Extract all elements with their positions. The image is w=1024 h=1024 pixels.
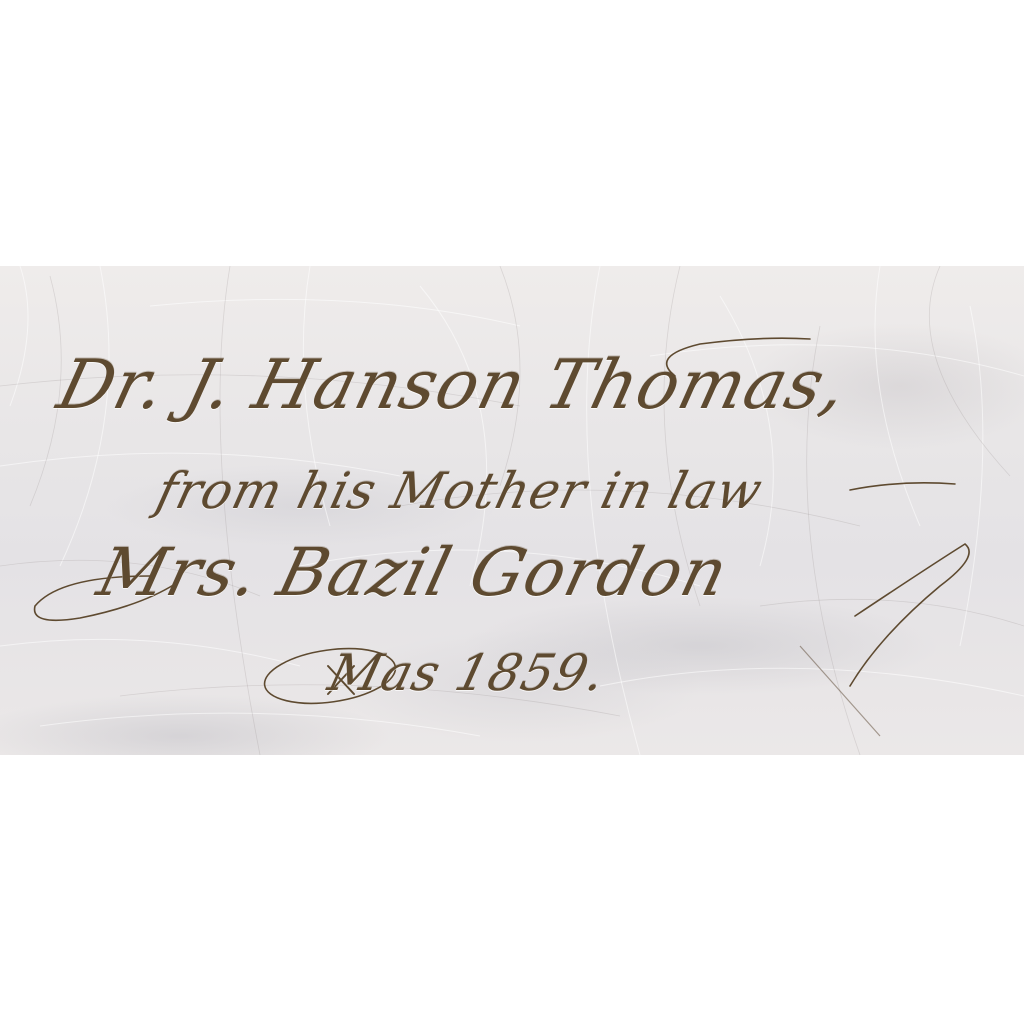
giver-line: Mrs. Bazil Gordon <box>90 534 735 611</box>
inscription: Dr. J. Hanson Thomas, from his Mother in… <box>0 266 1024 755</box>
image-canvas: Dr. J. Hanson Thomas, from his Mother in… <box>0 0 1024 1024</box>
engraved-silver-plate: Dr. J. Hanson Thomas, from his Mother in… <box>0 266 1024 755</box>
recipient-line: Dr. J. Hanson Thomas, <box>50 346 855 425</box>
date-line: Mas 1859. <box>323 644 612 702</box>
relation-line: from his Mother in law <box>151 462 769 520</box>
